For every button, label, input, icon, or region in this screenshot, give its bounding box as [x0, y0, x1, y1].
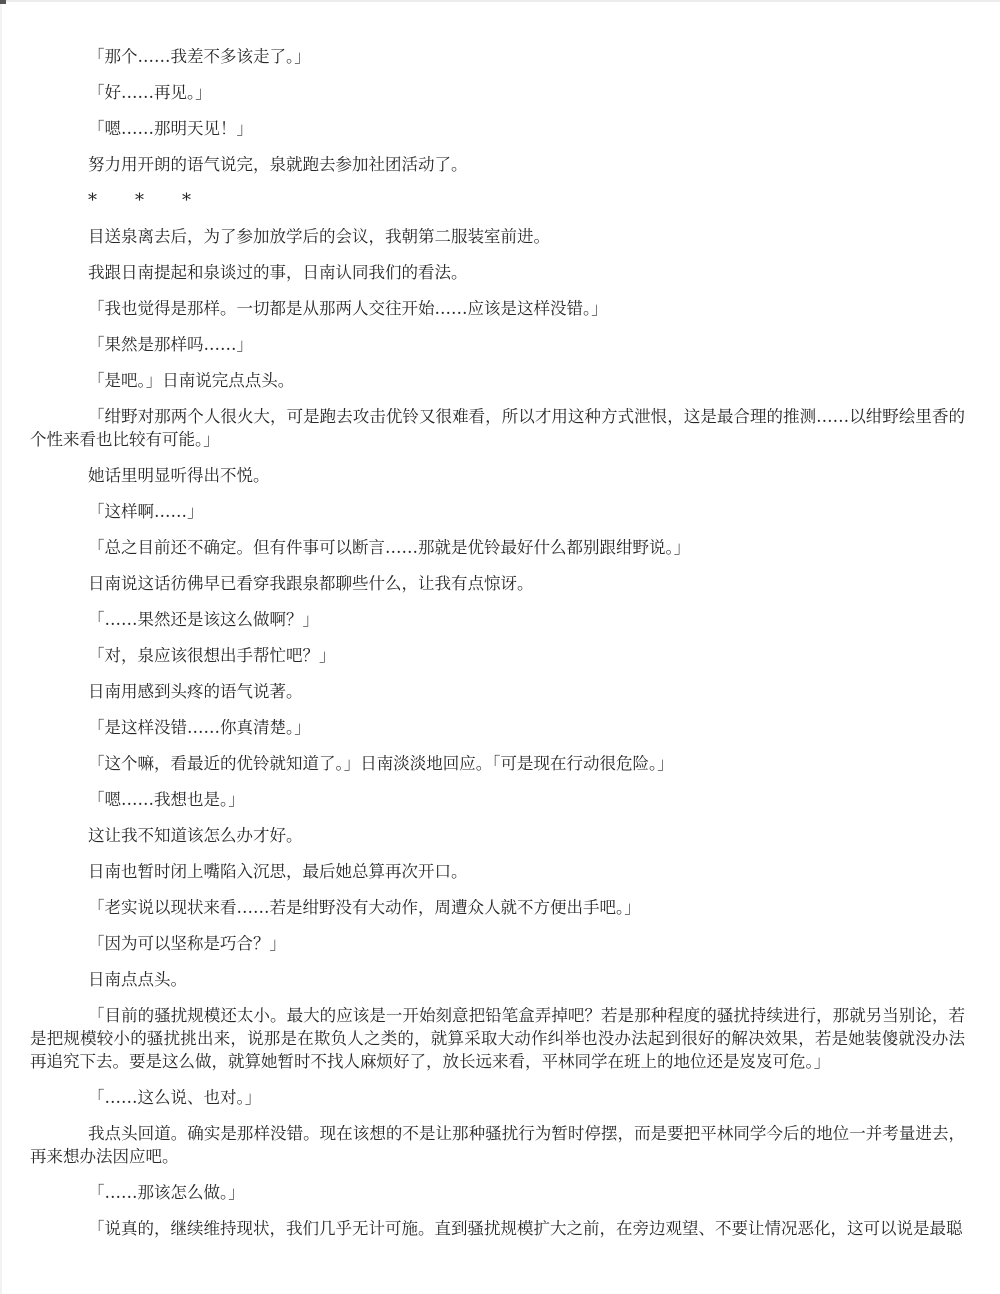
paragraph-dialogue: 「目前的骚扰规模还太小。最大的应该是一开始刻意把铅笔盒弄掉吧？若是那种程度的骚扰…	[30, 1004, 965, 1073]
paragraph-narration: 日南也暂时闭上嘴陷入沉思，最后她总算再次开口。	[30, 860, 965, 883]
paragraph-dialogue: 「因为可以坚称是巧合？」	[30, 932, 965, 955]
paragraph-dialogue: 「老实说以现状来看……若是绀野没有大动作，周遭众人就不方便出手吧。」	[30, 896, 965, 919]
paragraph-narration: 日南点点头。	[30, 968, 965, 991]
paragraph-dialogue: 「……那该怎么做。」	[30, 1181, 965, 1204]
paragraph-narration: 我点头回道。确实是那样没错。现在该想的不是让那种骚扰行为暂时停摆，而是要把平林同…	[30, 1122, 965, 1168]
paragraph-dialogue: 「嗯……我想也是。」	[30, 788, 965, 811]
paragraph-narration: 她话里明显听得出不悦。	[30, 464, 965, 487]
paragraph-dialogue: 「说真的，继续维持现状，我们几乎无计可施。直到骚扰规模扩大之前，在旁边观望、不要…	[30, 1217, 965, 1240]
paragraph-dialogue: 「绀野对那两个人很火大，可是跑去攻击优铃又很难看，所以才用这种方式泄恨，这是最合…	[30, 405, 965, 451]
paragraph-dialogue: 「我也觉得是那样。一切都是从那两人交往开始……应该是这样没错。」	[30, 297, 965, 320]
scan-corner-artifact	[0, 0, 6, 4]
paragraph-dialogue: 「嗯……那明天见！」	[30, 117, 965, 140]
page-left-edge	[0, 0, 2, 1294]
paragraph-dialogue: 「……果然还是该这么做啊？」	[30, 608, 965, 631]
paragraph-dialogue: 「好……再见。」	[30, 81, 965, 104]
section-separator: * * *	[30, 189, 965, 212]
paragraph-dialogue: 「这样啊……」	[30, 500, 965, 523]
paragraph-narration: 日南用感到头疼的语气说著。	[30, 680, 965, 703]
paragraph-narration: 目送泉离去后，为了参加放学后的会议，我朝第二服装室前进。	[30, 225, 965, 248]
paragraph-dialogue: 「是这样没错……你真清楚。」	[30, 716, 965, 739]
text-body: 「那个……我差不多该走了。」「好……再见。」「嗯……那明天见！」努力用开朗的语气…	[30, 45, 965, 1240]
paragraph-narration: 努力用开朗的语气说完，泉就跑去参加社团活动了。	[30, 153, 965, 176]
novel-page: 「那个……我差不多该走了。」「好……再见。」「嗯……那明天见！」努力用开朗的语气…	[0, 0, 1000, 1294]
paragraph-dialogue: 「……这么说、也对。」	[30, 1086, 965, 1109]
paragraph-dialogue: 「总之目前还不确定。但有件事可以断言……那就是优铃最好什么都别跟绀野说。」	[30, 536, 965, 559]
paragraph-dialogue: 「果然是那样吗……」	[30, 333, 965, 356]
paragraph-dialogue: 「对，泉应该很想出手帮忙吧？」	[30, 644, 965, 667]
paragraph-dialogue: 「是吧。」日南说完点点头。	[30, 369, 965, 392]
page-top-edge	[0, 0, 1000, 2]
paragraph-narration: 这让我不知道该怎么办才好。	[30, 824, 965, 847]
paragraph-narration: 日南说这话彷佛早已看穿我跟泉都聊些什么，让我有点惊讶。	[30, 572, 965, 595]
paragraph-dialogue: 「这个嘛，看最近的优铃就知道了。」日南淡淡地回应。「可是现在行动很危险。」	[30, 752, 965, 775]
paragraph-dialogue: 「那个……我差不多该走了。」	[30, 45, 965, 68]
paragraph-narration: 我跟日南提起和泉谈过的事，日南认同我们的看法。	[30, 261, 965, 284]
